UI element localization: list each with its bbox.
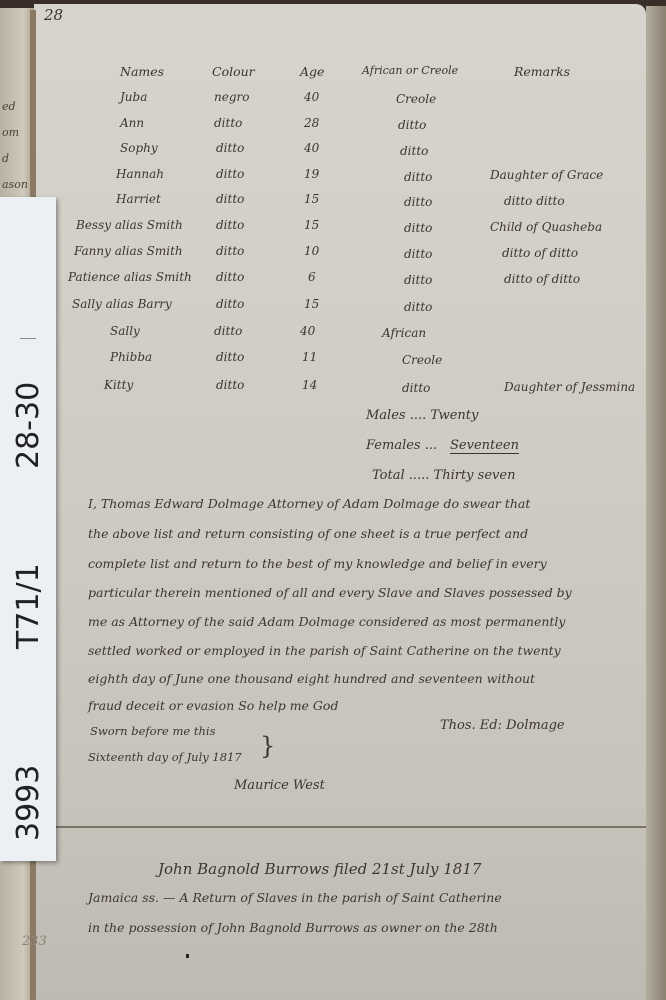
cell-age: 6 — [308, 270, 316, 284]
cell-origin: African — [382, 326, 426, 340]
declaration-line: fraud deceit or evasion So help me God — [88, 698, 338, 713]
cell-colour: ditto — [216, 167, 244, 181]
cell-origin: Creole — [402, 353, 442, 367]
females-total-label: Females ... — [366, 438, 437, 453]
declaration-line: settled worked or employed in the parish… — [88, 643, 561, 658]
ledger-page: 28 Names Colour Age African or Creole Re… — [34, 4, 646, 1000]
cell-age: 40 — [300, 324, 315, 338]
cell-age: 15 — [304, 192, 319, 206]
facing-page-text: ason — [2, 178, 28, 191]
declaration-line: me as Attorney of the said Adam Dolmage … — [88, 614, 565, 629]
cell-colour: ditto — [216, 350, 244, 364]
magistrate-signature: Maurice West — [234, 778, 325, 793]
archive-box-number: 3993 — [11, 765, 46, 841]
cell-origin: ditto — [398, 118, 426, 132]
declaration-line: I, Thomas Edward Dolmage Attorney of Ada… — [88, 496, 530, 511]
cell-name: Juba — [120, 90, 147, 104]
cell-age: 14 — [302, 378, 317, 392]
archive-label-text: 3993 T71/1 28-30 — [0, 197, 56, 861]
cell-origin: ditto — [402, 381, 430, 395]
grand-total: Total ..... Thirty seven — [372, 468, 515, 483]
next-entry-line: Jamaica ss. — A Return of Slaves in the … — [88, 890, 502, 905]
cell-remarks: ditto of ditto — [504, 272, 580, 286]
cell-age: 15 — [304, 218, 319, 232]
cell-colour: ditto — [216, 297, 244, 311]
cell-remarks: Daughter of Grace — [490, 168, 603, 182]
cell-age: 40 — [304, 90, 319, 104]
archive-page-range: 28-30 — [11, 382, 46, 469]
cell-age: 15 — [304, 297, 319, 311]
col-header-remarks: Remarks — [514, 64, 570, 79]
ink-dot — [186, 954, 189, 958]
cell-age: 10 — [304, 244, 319, 258]
cell-name: Sally alias Barry — [72, 297, 172, 311]
cell-name: Phibba — [110, 350, 152, 364]
cell-name: Fanny alias Smith — [74, 244, 183, 258]
cell-name: Kitty — [104, 378, 133, 392]
cell-colour: ditto — [214, 324, 242, 338]
cell-name: Patience alias Smith — [68, 270, 192, 284]
sworn-line-2: Sixteenth day of July 1817 — [88, 750, 242, 764]
males-total: Males .... Twenty — [366, 408, 478, 423]
cell-origin: ditto — [404, 170, 432, 184]
pencil-folio-number: 233 — [22, 934, 47, 949]
cell-origin: ditto — [404, 300, 432, 314]
archive-series: T71/1 — [11, 563, 46, 649]
cell-name: Harriet — [116, 192, 161, 206]
cell-colour: ditto — [216, 192, 244, 206]
declaration-line: particular therein mentioned of all and … — [88, 585, 572, 600]
cell-origin: ditto — [404, 221, 432, 235]
sworn-line-1: Sworn before me this — [90, 724, 215, 738]
cell-origin: ditto — [400, 144, 428, 158]
cell-origin: ditto — [404, 247, 432, 261]
cell-colour: negro — [214, 90, 249, 104]
cell-remarks: ditto of ditto — [502, 246, 578, 260]
declaration-line: eighth day of June one thousand eight hu… — [88, 671, 535, 686]
archive-reference-label: 3993 T71/1 28-30 — [0, 197, 56, 861]
cell-colour: ditto — [216, 378, 244, 392]
cell-age: 19 — [304, 167, 319, 181]
sworn-brace: } — [260, 732, 275, 760]
declaration-line: complete list and return to the best of … — [88, 556, 547, 571]
females-total-value: Seventeen — [450, 438, 519, 454]
cell-age: 28 — [304, 116, 319, 130]
cell-colour: ditto — [216, 218, 244, 232]
cell-age: 11 — [302, 350, 317, 364]
page-stack-edge — [646, 6, 666, 1000]
col-header-colour: Colour — [212, 64, 255, 79]
cell-name: Sophy — [120, 141, 158, 155]
next-entry-heading: John Bagnold Burrows filed 21st July 181… — [158, 860, 481, 878]
facing-page-text: ed — [2, 100, 16, 113]
cell-origin: ditto — [404, 273, 432, 287]
cell-name: Hannah — [116, 167, 164, 181]
attorney-signature: Thos. Ed: Dolmage — [440, 718, 565, 733]
col-header-names: Names — [120, 64, 164, 79]
col-header-age: Age — [300, 64, 324, 79]
col-header-origin: African or Creole — [362, 64, 458, 77]
cell-colour: ditto — [214, 116, 242, 130]
cell-name: Ann — [120, 116, 144, 130]
cell-name: Sally — [110, 324, 140, 338]
cell-colour: ditto — [216, 244, 244, 258]
cell-remarks: ditto ditto — [504, 194, 565, 208]
cell-remarks: Child of Quasheba — [490, 220, 602, 234]
cell-name: Bessy alias Smith — [76, 218, 183, 232]
cell-origin: Creole — [396, 92, 436, 106]
cell-origin: ditto — [404, 195, 432, 209]
page-number: 28 — [44, 6, 63, 24]
cell-colour: ditto — [216, 270, 244, 284]
declaration-line: the above list and return consisting of … — [88, 526, 528, 541]
cell-age: 40 — [304, 141, 319, 155]
facing-page-text: d — [2, 152, 9, 165]
next-entry-line: in the possession of John Bagnold Burrow… — [88, 920, 498, 935]
cell-remarks: Daughter of Jessmina — [504, 380, 635, 394]
facing-page-text: om — [2, 126, 19, 139]
cell-colour: ditto — [216, 141, 244, 155]
entry-divider-rule — [34, 826, 646, 828]
